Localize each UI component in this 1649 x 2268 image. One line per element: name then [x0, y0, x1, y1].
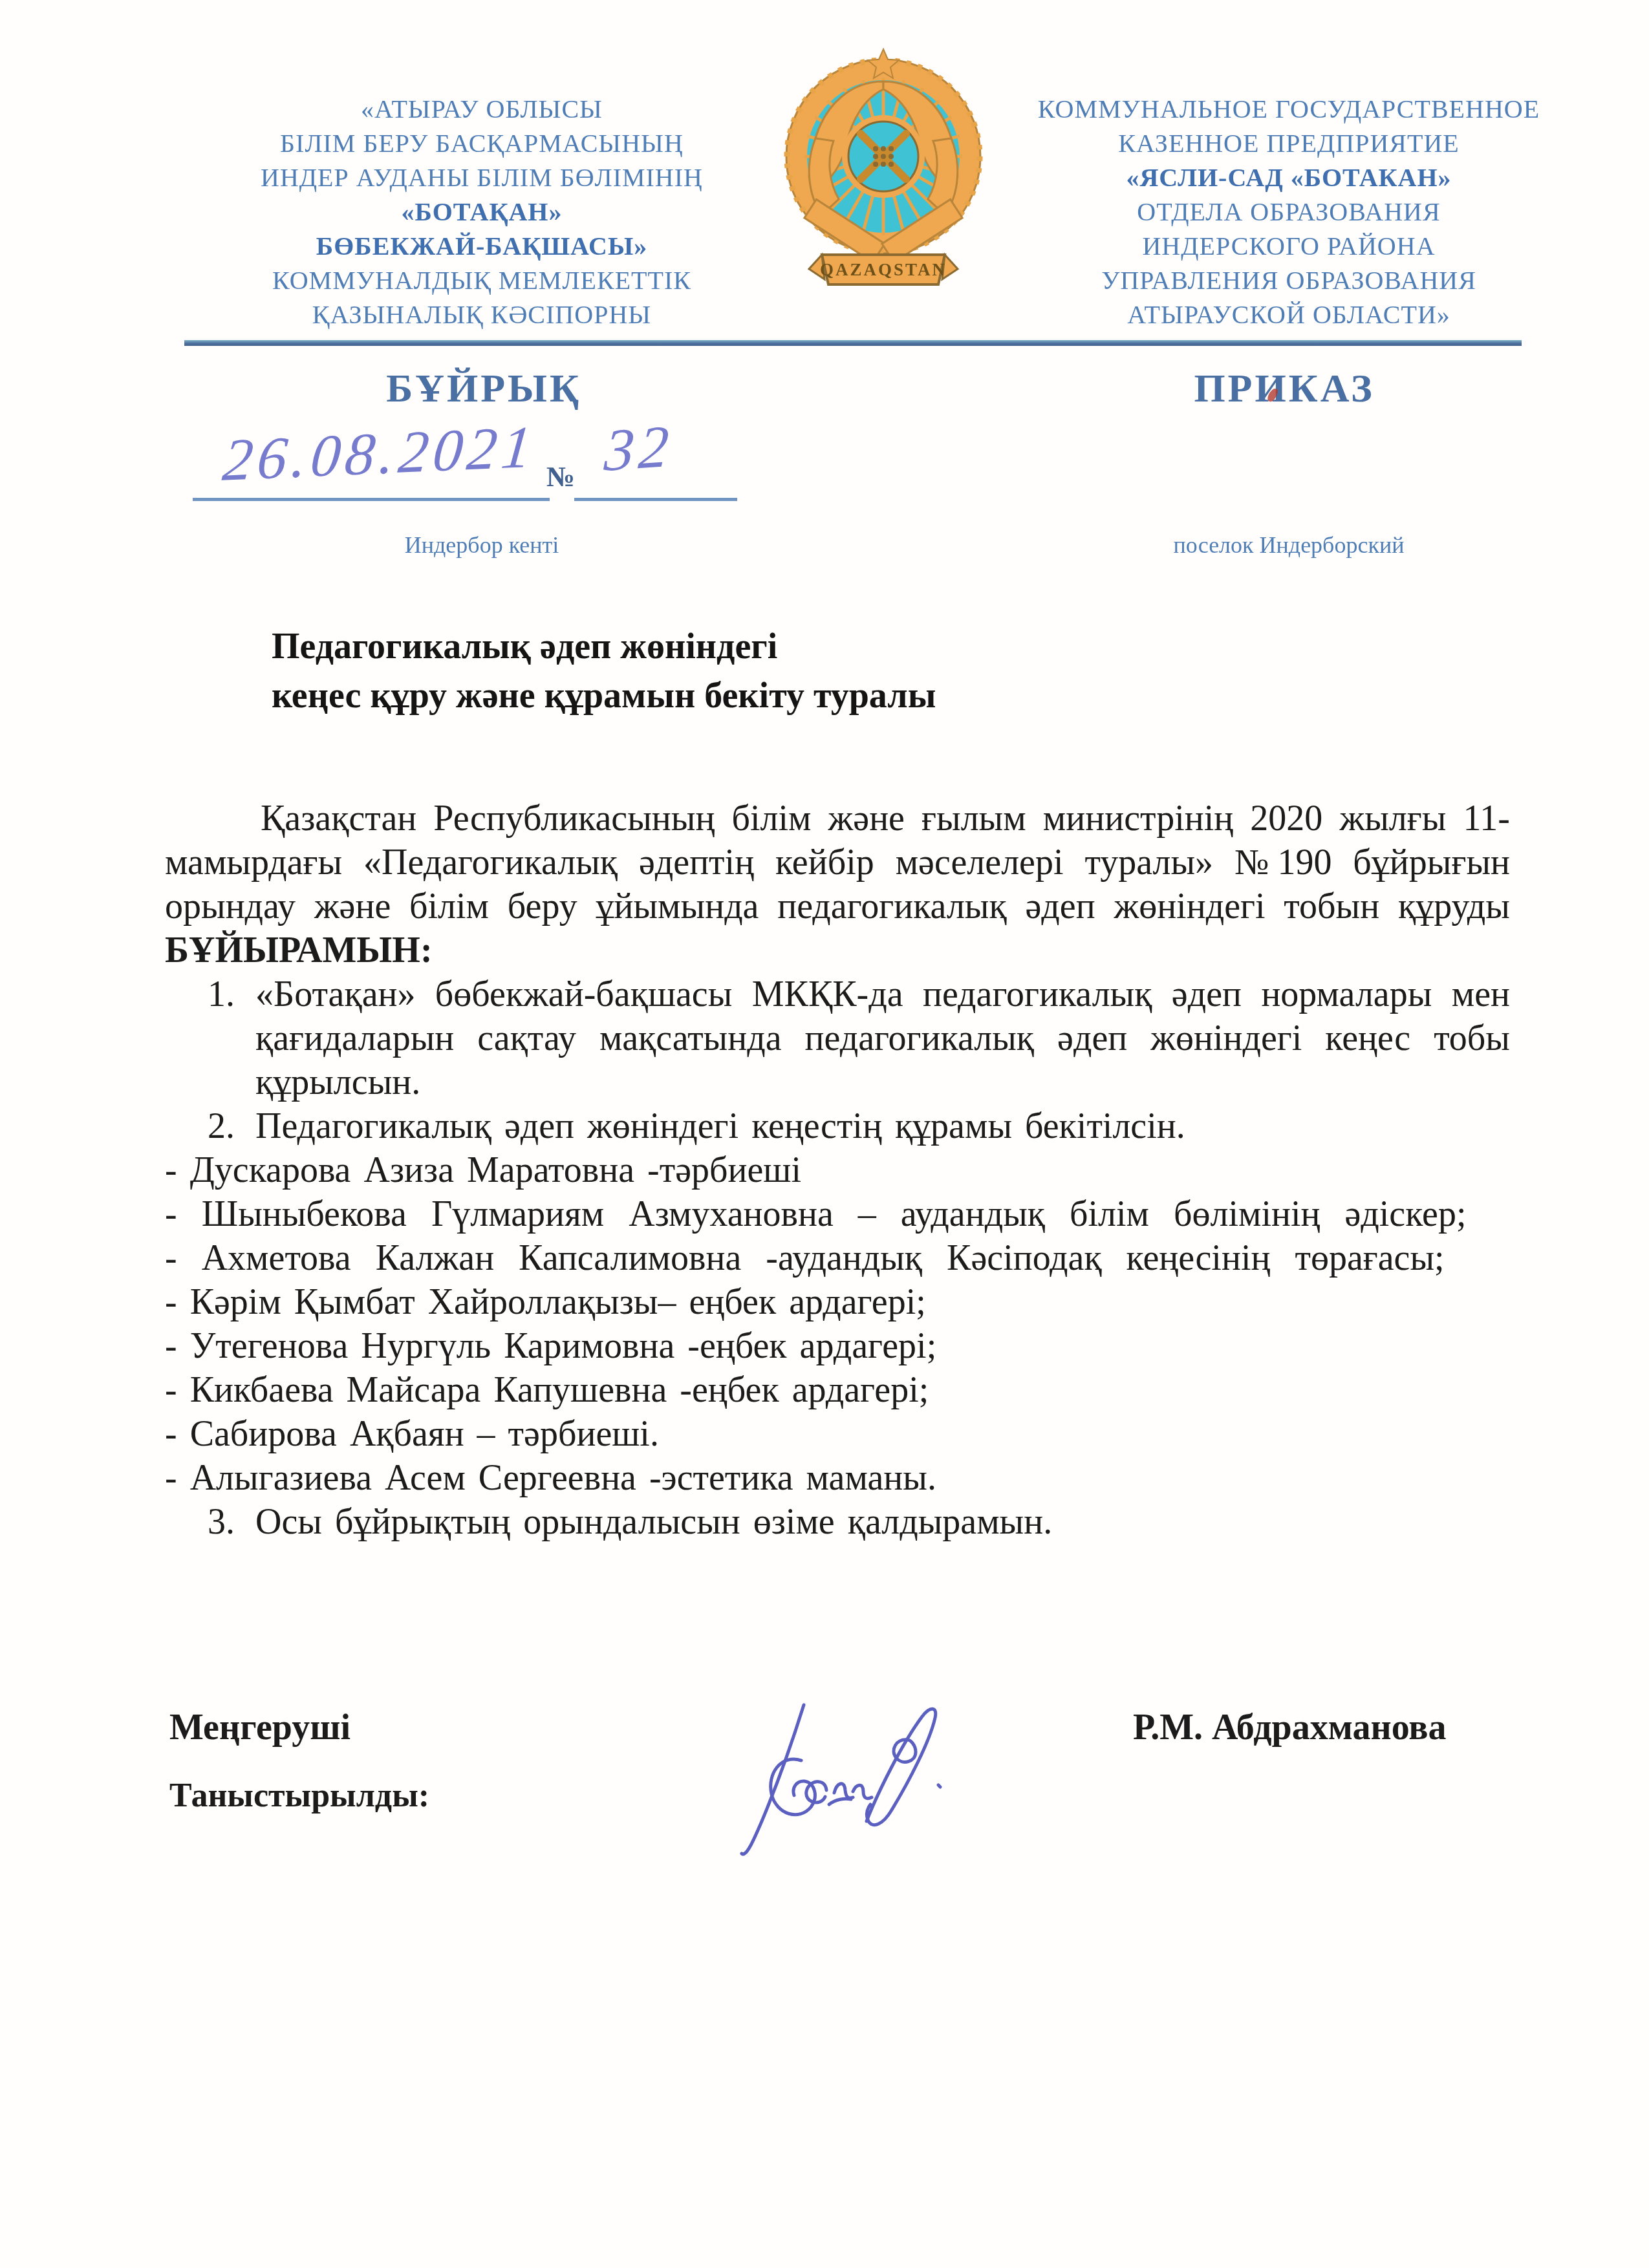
- letterhead-line: ОТДЕЛА ОБРАЗОВАНИЯ: [1027, 195, 1551, 229]
- signatory-role: Меңгеруші: [169, 1707, 350, 1748]
- item-number: 3.: [208, 1500, 235, 1544]
- order-item-1: 1. «Ботақан» бөбекжай-бақшасы МКҚК-да пе…: [165, 972, 1510, 1104]
- signatory-name: Р.М. Абдрахманова: [1133, 1707, 1447, 1748]
- letterhead-line: КОММУНАЛДЫҚ МЕМЛЕКЕТТІК: [207, 263, 757, 297]
- kazakhstan-state-emblem-icon: QAZAQSTAN: [779, 41, 987, 309]
- letterhead-line: «БОТАҚАН»: [207, 195, 757, 229]
- subject-title: Педагогикалық әдеп жөніндегі кеңес құру …: [272, 622, 936, 720]
- item-text: Педагогикалық әдеп жөніндегі кеңестің құ…: [255, 1106, 1185, 1146]
- subject-line: кеңес құру және құрамын бекіту туралы: [272, 671, 936, 720]
- council-member: - Кәрім Қымбат Хайроллақызы– еңбек ардаг…: [165, 1280, 1510, 1324]
- letterhead-line: ИНДЕРСКОГО РАЙОНА: [1027, 229, 1551, 263]
- letterhead-line: АТЫРАУСКОЙ ОБЛАСТИ»: [1027, 297, 1551, 332]
- letterhead-line: КОММУНАЛЬНОЕ ГОСУДАРСТВЕННОЕ: [1027, 92, 1551, 126]
- place-russian: поселок Индерборский: [1027, 531, 1551, 559]
- council-member: - Дускарова Азиза Маратовна -тәрбиеші: [165, 1148, 1510, 1192]
- letterhead-kazakh: «АТЫРАУ ОБЛЫСЫ БІЛІМ БЕРУ БАСҚАРМАСЫНЫҢ …: [207, 92, 757, 332]
- letterhead-line: УПРАВЛЕНИЯ ОБРАЗОВАНИЯ: [1027, 263, 1551, 297]
- item-number: 2.: [208, 1104, 235, 1148]
- handwritten-order-number: 32: [602, 411, 675, 485]
- order-item-3: 3. Осы бұйрықтың орындалысын өзіме қалды…: [165, 1500, 1510, 1544]
- council-member: - Алыгазиева Асем Сергеевна -эстетика ма…: [165, 1456, 1510, 1500]
- item-text: «Ботақан» бөбекжай-бақшасы МКҚК-да педаг…: [255, 974, 1510, 1102]
- letterhead-line: ИНДЕР АУДАНЫ БІЛІМ БӨЛІМІНІҢ: [207, 160, 757, 195]
- order-heading-kazakh: БҰЙРЫҚ: [354, 366, 613, 412]
- council-member: - Утегенова Нургүль Каримовна -еңбек ард…: [165, 1324, 1510, 1368]
- scanned-order-document: «АТЫРАУ ОБЛЫСЫ БІЛІМ БЕРУ БАСҚАРМАСЫНЫҢ …: [0, 0, 1649, 2268]
- decree-word: БҰЙЫРАМЫН:: [165, 930, 433, 970]
- letterhead-line: БІЛІМ БЕРУ БАСҚАРМАСЫНЫҢ: [207, 126, 757, 160]
- letterhead-line: «АТЫРАУ ОБЛЫСЫ: [207, 92, 757, 126]
- order-item-2: 2. Педагогикалық әдеп жөніндегі кеңестің…: [165, 1104, 1510, 1148]
- letterhead-line: КАЗЕННОЕ ПРЕДПРИЯТИЕ: [1027, 126, 1551, 160]
- handwritten-date: 26.08.2021: [220, 412, 539, 495]
- council-member: - Сабирова Ақбаян – тәрбиеші.: [165, 1412, 1510, 1456]
- date-underline: [193, 498, 550, 501]
- intro-paragraph: Қазақстан Республикасының білім және ғыл…: [165, 797, 1510, 972]
- signature-scribble: [711, 1652, 983, 1910]
- letterhead-line: БӨБЕКЖАЙ-БАҚШАСЫ»: [207, 229, 757, 263]
- letterhead-line: ҚАЗЫНАЛЫҚ КӘСІПОРНЫ: [207, 297, 757, 332]
- numero-sign: №: [546, 460, 575, 493]
- letterhead-line: «ЯСЛИ-САД «БОТАКАН»: [1027, 160, 1551, 195]
- letterhead-divider: [184, 340, 1522, 346]
- place-kazakh: Индербор кенті: [207, 531, 757, 559]
- emblem-banner-text: QAZAQSTAN: [820, 260, 947, 279]
- council-member: - Ахметова Калжан Капсалимовна -аудандық…: [165, 1236, 1510, 1280]
- council-member: - Шыныбекова Гүлмариям Азмухановна – ауд…: [165, 1192, 1510, 1236]
- order-heading-russian: ПРИКАЗ: [1155, 366, 1414, 412]
- council-member: - Кикбаева Майсара Капушевна -еңбек арда…: [165, 1368, 1510, 1412]
- intro-text: Қазақстан Республикасының білім және ғыл…: [165, 798, 1510, 926]
- letterhead-russian: КОММУНАЛЬНОЕ ГОСУДАРСТВЕННОЕ КАЗЕННОЕ ПР…: [1027, 92, 1551, 332]
- item-text: Осы бұйрықтың орындалысын өзіме қалдырам…: [255, 1502, 1052, 1542]
- number-underline: [574, 498, 737, 501]
- acknowledgement-label: Таныстырылды:: [169, 1777, 429, 1815]
- subject-line: Педагогикалық әдеп жөніндегі: [272, 622, 936, 671]
- order-body: Қазақстан Республикасының білім және ғыл…: [165, 797, 1510, 1544]
- item-number: 1.: [208, 972, 235, 1016]
